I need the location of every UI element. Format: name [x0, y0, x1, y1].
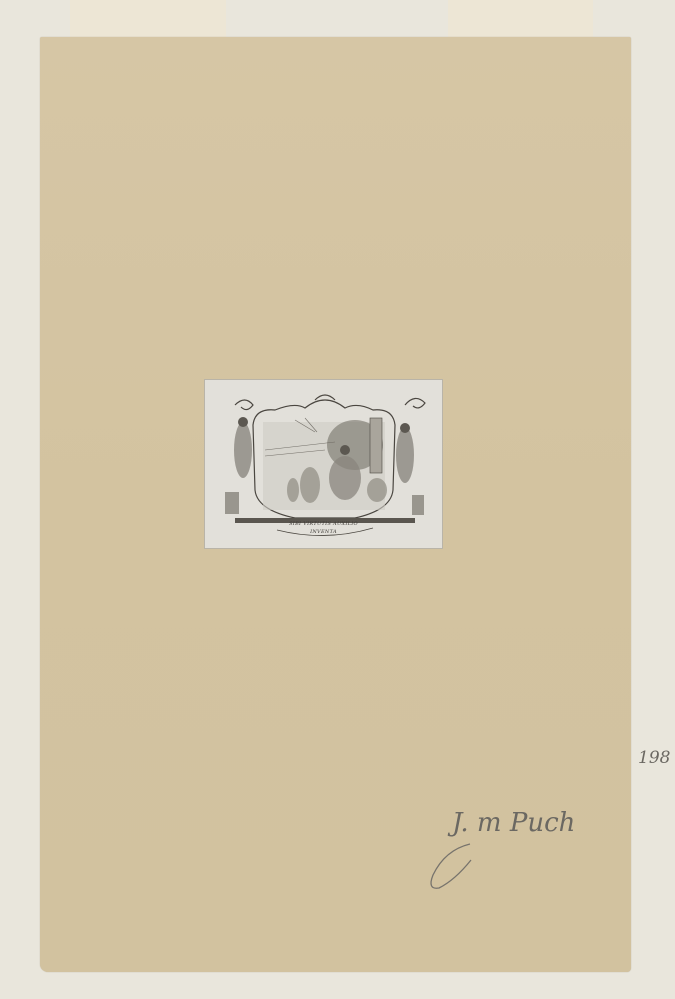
tape-left — [70, 0, 226, 40]
caption-line-2: INVENTA — [205, 529, 442, 535]
page-number-annotation: 198 — [638, 748, 670, 768]
caption-line-1: SIBI VIRTUTIS AUXILIO — [205, 521, 442, 527]
tape-right — [448, 0, 593, 40]
pencil-signature: J. m Puch — [452, 808, 575, 838]
pencil-flourish — [425, 840, 485, 895]
engraving-plate: SIBI VIRTUTIS AUXILIO INVENTA — [204, 379, 443, 549]
